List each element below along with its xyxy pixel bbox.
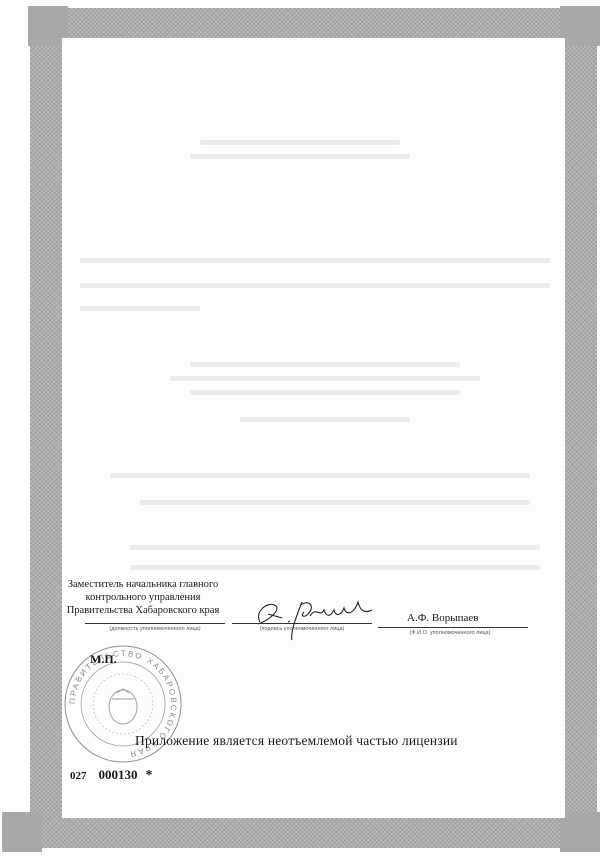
border-corner bbox=[560, 6, 600, 46]
border-corner bbox=[560, 812, 600, 852]
border-right bbox=[565, 8, 597, 848]
border-bottom bbox=[4, 818, 597, 848]
form-serial-number: 027000130* bbox=[70, 767, 153, 784]
signatory-name: А.Ф. Ворыпаев bbox=[407, 612, 478, 624]
signature-icon bbox=[250, 592, 380, 644]
border-left bbox=[30, 8, 62, 848]
serial-number: 000130 bbox=[99, 767, 138, 782]
signature-caption: (подпись уполномоченного лица) bbox=[232, 626, 372, 632]
stamp-place-label: М.П. bbox=[90, 652, 117, 667]
signature-underline bbox=[232, 623, 372, 624]
position-underline bbox=[85, 623, 225, 624]
serial-series: 027 bbox=[70, 770, 87, 782]
signatory-position: Заместитель начальника главного контроль… bbox=[63, 578, 223, 617]
position-line: Заместитель начальника главного bbox=[63, 578, 223, 591]
position-line: Правительства Хабаровского края bbox=[63, 604, 223, 617]
appendix-note: Приложение является неотъемлемой частью … bbox=[135, 733, 458, 749]
position-line: контрольного управления bbox=[63, 591, 223, 604]
border-top bbox=[30, 8, 597, 38]
name-underline bbox=[378, 627, 528, 628]
position-caption: (должность уполномоченного лица) bbox=[85, 626, 225, 632]
border-corner bbox=[2, 812, 42, 852]
star-icon: * bbox=[146, 768, 153, 783]
name-caption: (Ф.И.О. уполномоченного лица) bbox=[395, 630, 505, 636]
